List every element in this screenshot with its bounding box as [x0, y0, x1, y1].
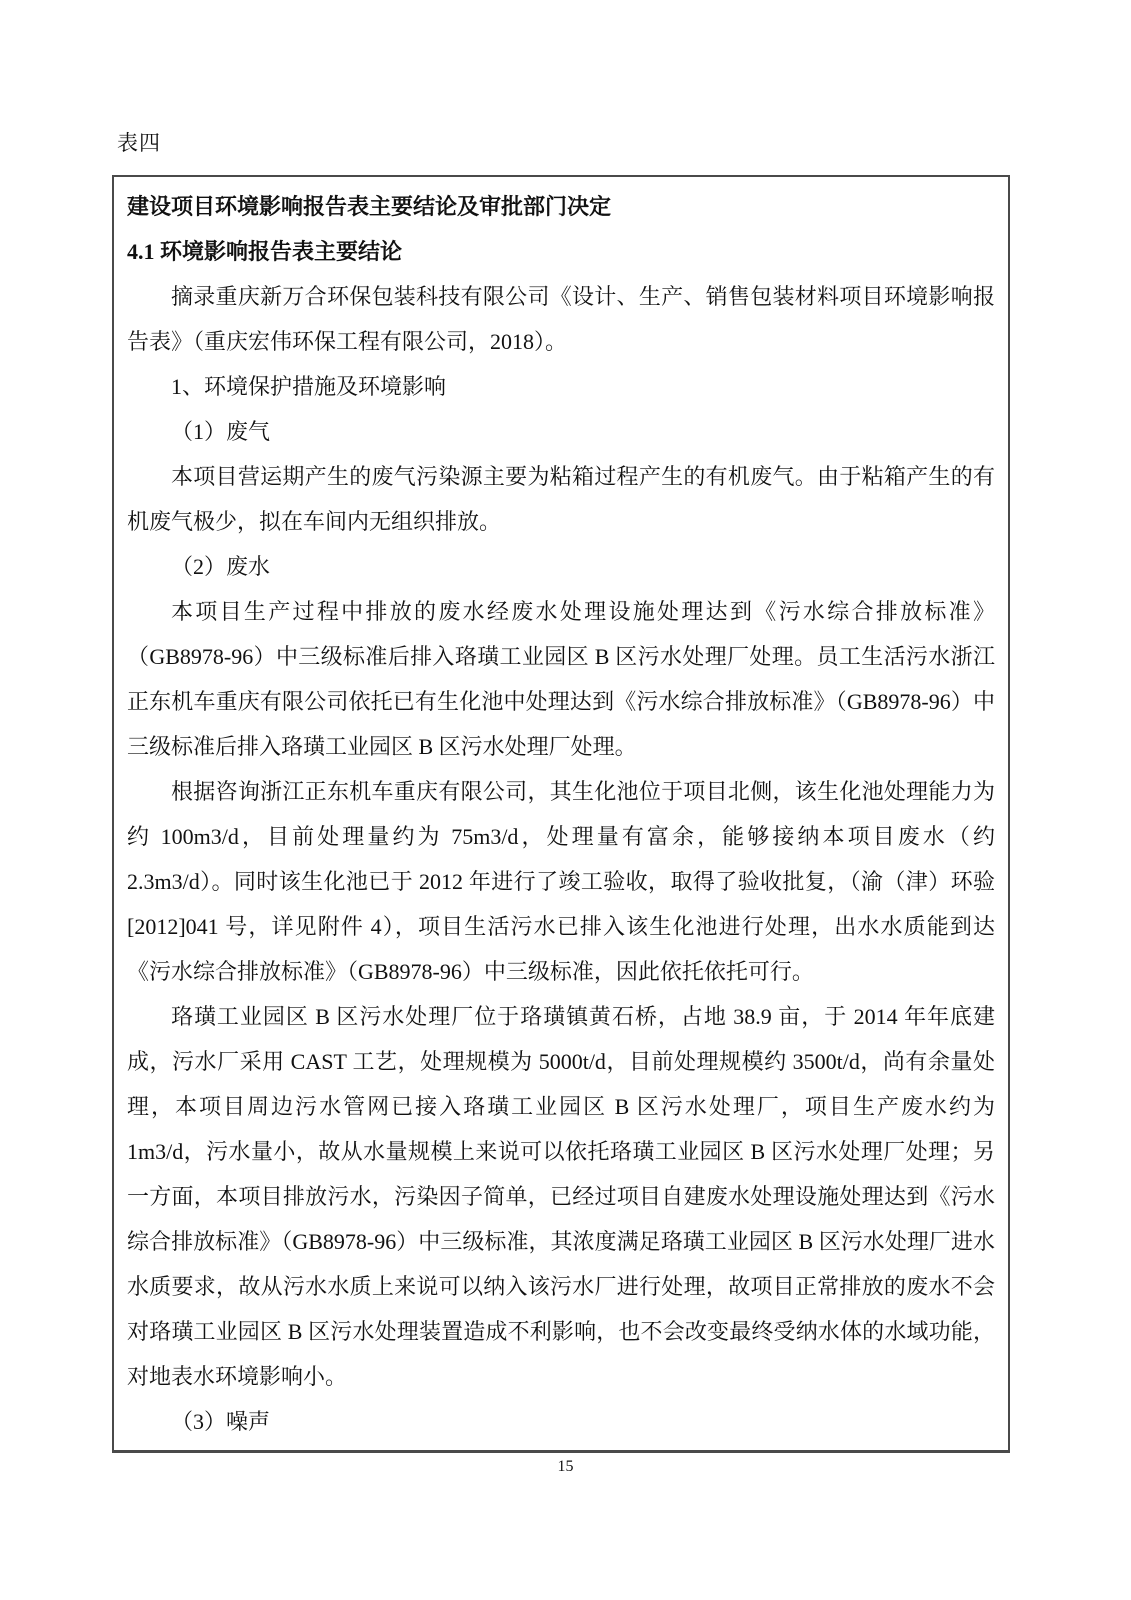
paragraph-wastewater-body-3: 珞璜工业园区 B 区污水处理厂位于珞璜镇黄石桥，占地 38.9 亩，于 2014…	[127, 994, 995, 1399]
paragraph-waste-gas-body: 本项目营运期产生的废气污染源主要为粘箱过程产生的有机废气。由于粘箱产生的有机废气…	[127, 454, 995, 544]
table-title: 建设项目环境影响报告表主要结论及审批部门决定	[127, 184, 995, 229]
table-caption: 表四	[117, 130, 161, 156]
paragraph-noise-heading: （3）噪声	[127, 1399, 995, 1444]
paragraph-waste-gas-heading: （1）废气	[127, 409, 995, 454]
report-table: 建设项目环境影响报告表主要结论及审批部门决定 4.1 环境影响报告表主要结论 摘…	[112, 175, 1010, 1453]
page-number: 15	[0, 1458, 1131, 1476]
section-heading: 4.1 环境影响报告表主要结论	[127, 229, 995, 274]
paragraph-measures-heading: 1、环境保护措施及环境影响	[127, 364, 995, 409]
paragraph-summary-intro: 摘录重庆新万合环保包装科技有限公司《设计、生产、销售包装材料项目环境影响报告表》…	[127, 274, 995, 364]
paragraph-wastewater-body-2: 根据咨询浙江正东机车重庆有限公司，其生化池位于项目北侧，该生化池处理能力为约 1…	[127, 769, 995, 994]
paragraph-wastewater-body-1: 本项目生产过程中排放的废水经废水处理设施处理达到《污水综合排放标准》（GB897…	[127, 589, 995, 769]
paragraph-wastewater-heading: （2）废水	[127, 544, 995, 589]
document-page: { "page": { "table_caption": "表四", "page…	[0, 0, 1131, 1600]
